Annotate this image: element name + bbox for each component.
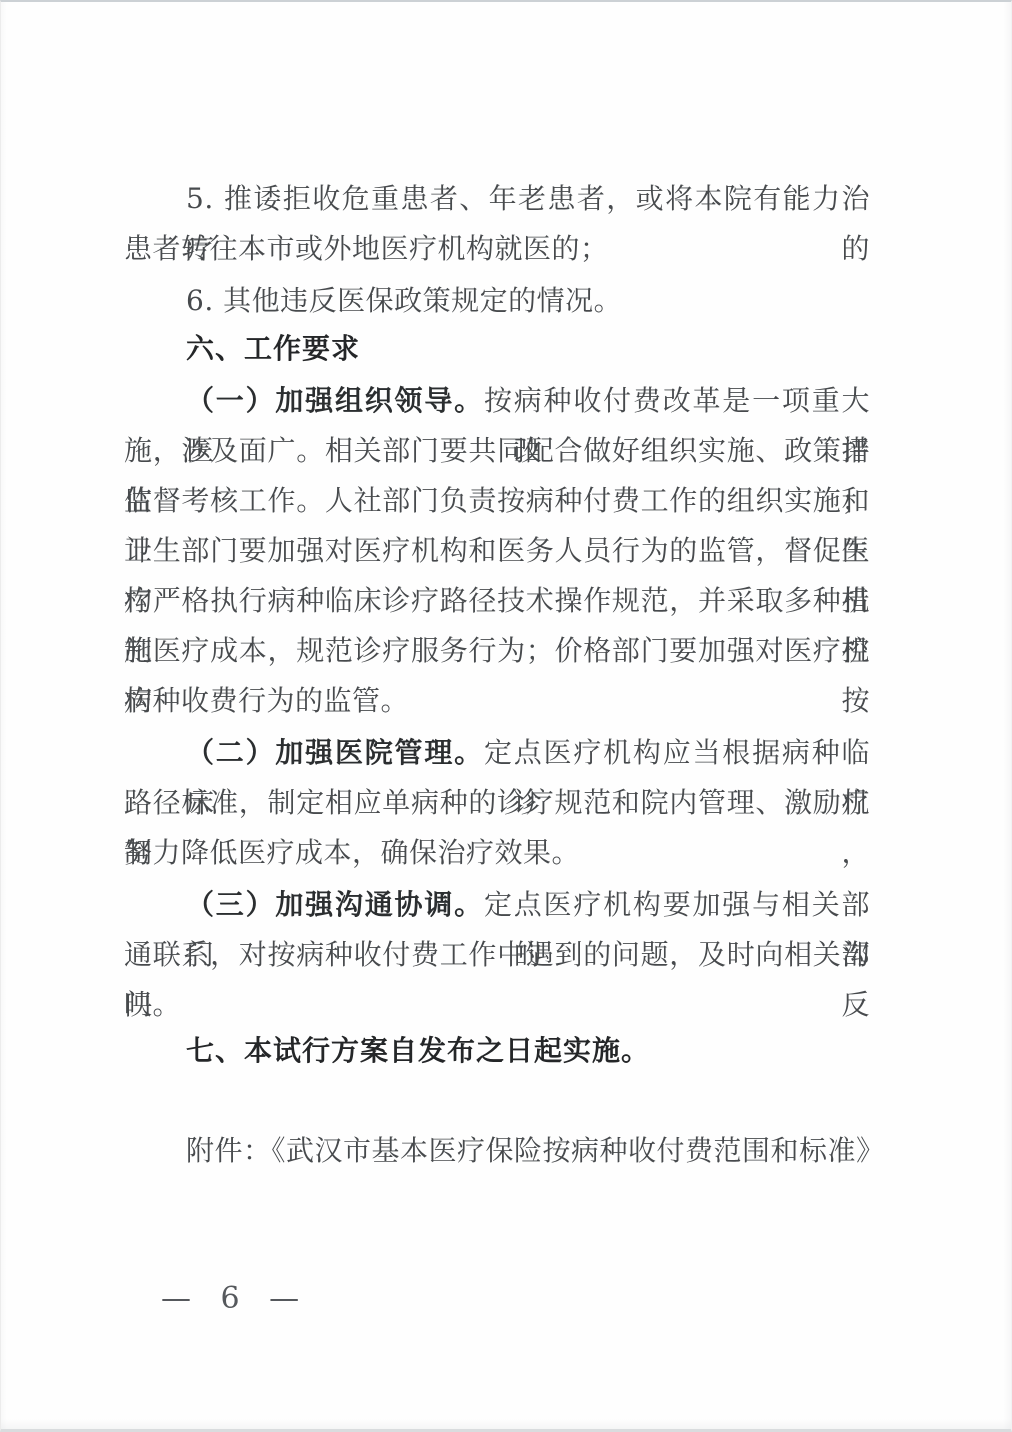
section-heading-seven: 七、本试行方案自发布之日起实施。 — [124, 1026, 870, 1076]
para-one-line-4: 计生部门要加强对医疗机构和医务人员行为的监管，督促医疗机 — [124, 526, 870, 576]
para-one-line-1: （一）加强组织领导。按病种收付费改革是一项重大医改措 — [124, 376, 870, 426]
body-text: 映。 — [124, 988, 181, 1021]
heading-text: 六、工作要求 — [186, 332, 360, 365]
item-5-line-1: 5. 推诿拒收危重患者、年老患者，或将本院有能力治疗的 — [124, 174, 870, 224]
para-three-line-1: （三）加强沟通协调。定点医疗机构要加强与相关部门的沟 — [124, 880, 870, 930]
attachment-text: 附件：《武汉市基本医疗保险按病种收付费范围和标准》 — [186, 1134, 885, 1167]
para-lead-text: （一）加强组织领导。 — [186, 384, 484, 417]
para-three-line-2: 通联系，对按病种收付费工作中遇到的问题，及时向相关部门反 — [124, 930, 870, 980]
para-two-line-2: 路径标准，制定相应单病种的诊疗规范和院内管理、激励机制， — [124, 778, 870, 828]
body-text: 病种收费行为的监管。 — [124, 684, 409, 717]
para-lead-text: （二）加强医院管理。 — [186, 736, 484, 769]
para-lead-text: （三）加强沟通协调。 — [186, 888, 484, 921]
heading-text: 七、本试行方案自发布之日起实施。 — [186, 1034, 650, 1067]
body-text: 努力降低医疗成本，确保治疗效果。 — [124, 836, 580, 869]
body-text: 患者转往本市或外地医疗机构就医的； — [124, 232, 609, 265]
item-5-line-2: 患者转往本市或外地医疗机构就医的； — [124, 224, 870, 274]
attachment-line: 附件：《武汉市基本医疗保险按病种收付费范围和标准》 — [124, 1126, 870, 1176]
para-one-line-7: 病种收费行为的监管。 — [124, 676, 870, 726]
para-one-line-2: 施，涉及面广。相关部门要共同配合做好组织实施、政策评估和 — [124, 426, 870, 476]
document-page: 5. 推诿拒收危重患者、年老患者，或将本院有能力治疗的 患者转往本市或外地医疗机… — [0, 0, 1012, 1432]
para-three-line-3: 映。 — [124, 980, 870, 1030]
page-number: — 6 — — [161, 1274, 304, 1324]
para-two-line-1: （二）加强医院管理。定点医疗机构应当根据病种临床诊疗 — [124, 728, 870, 778]
para-one-line-5: 构严格执行病种临床诊疗路径技术操作规范，并采取多种措施控 — [124, 576, 870, 626]
section-heading-six: 六、工作要求 — [124, 324, 870, 374]
body-text: 6. 其他违反医保政策规定的情况。 — [186, 284, 622, 317]
para-one-line-6: 制医疗成本，规范诊疗服务行为；价格部门要加强对医疗机构按 — [124, 626, 870, 676]
item-6-line: 6. 其他违反医保政策规定的情况。 — [124, 276, 870, 326]
para-two-line-3: 努力降低医疗成本，确保治疗效果。 — [124, 828, 870, 878]
para-one-line-3: 监督考核工作。人社部门负责按病种付费工作的组织实施；卫生 — [124, 476, 870, 526]
